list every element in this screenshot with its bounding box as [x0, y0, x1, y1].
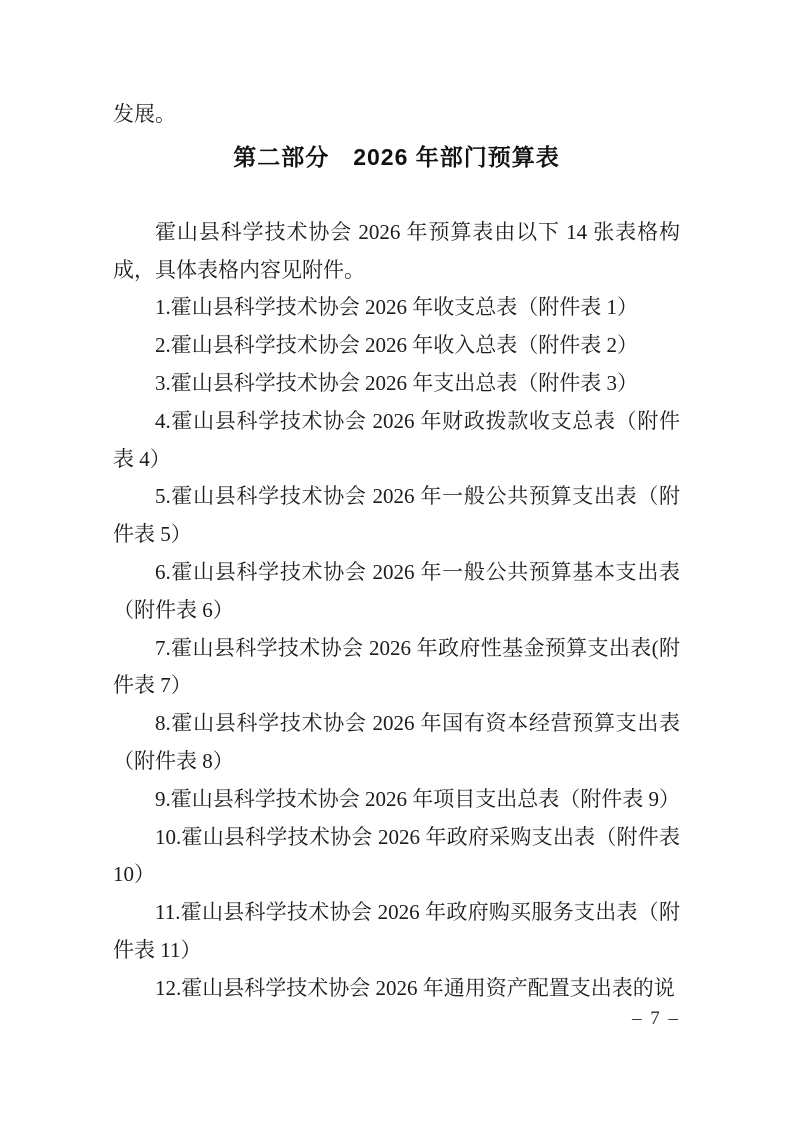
list-item: 6.霍山县科学技术协会 2026 年一般公共预算基本支出表（附件表 6） — [113, 554, 680, 630]
attachment-table-list: 1.霍山县科学技术协会 2026 年收支总表（附件表 1） 2.霍山县科学技术协… — [113, 289, 680, 1007]
list-item: 2.霍山县科学技术协会 2026 年收入总表（附件表 2） — [113, 327, 680, 365]
list-item: 9.霍山县科学技术协会 2026 年项目支出总表（附件表 9） — [113, 781, 680, 819]
list-item: 1.霍山县科学技术协会 2026 年收支总表（附件表 1） — [113, 289, 680, 327]
list-item: 7.霍山县科学技术协会 2026 年政府性基金预算支出表(附件表 7） — [113, 630, 680, 706]
list-item: 11.霍山县科学技术协会 2026 年政府购买服务支出表（附件表 11） — [113, 894, 680, 970]
document-content: 发展。 第二部分 2026 年部门预算表 霍山县科学技术协会 2026 年预算表… — [113, 96, 680, 1008]
continuation-text: 发展。 — [113, 96, 680, 134]
intro-paragraph: 霍山县科学技术协会 2026 年预算表由以下 14 张表格构成，具体表格内容见附… — [113, 214, 680, 290]
list-item: 3.霍山县科学技术协会 2026 年支出总表（附件表 3） — [113, 365, 680, 403]
page-number: – 7 – — [632, 1005, 680, 1033]
list-item: 10.霍山县科学技术协会 2026 年政府采购支出表（附件表 10） — [113, 819, 680, 895]
list-item: 12.霍山县科学技术协会 2026 年通用资产配置支出表的说 — [113, 970, 680, 1008]
list-item: 4.霍山县科学技术协会 2026 年财政拨款收支总表（附件表 4） — [113, 403, 680, 479]
list-item: 8.霍山县科学技术协会 2026 年国有资本经营预算支出表（附件表 8） — [113, 705, 680, 781]
section-heading: 第二部分 2026 年部门预算表 — [113, 134, 680, 180]
document-page: 发展。 第二部分 2026 年部门预算表 霍山县科学技术协会 2026 年预算表… — [0, 0, 793, 1122]
list-item: 5.霍山县科学技术协会 2026 年一般公共预算支出表（附件表 5） — [113, 478, 680, 554]
